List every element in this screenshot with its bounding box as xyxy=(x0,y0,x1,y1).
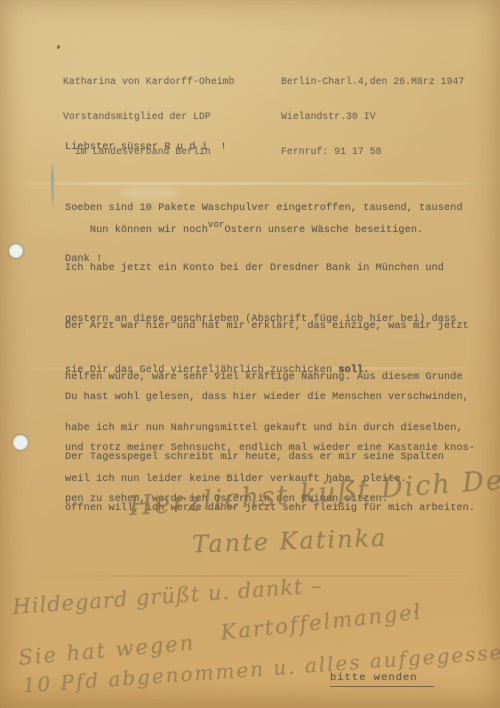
paragraph-line: Der Arzt war hier und hat mir erklärt, d… xyxy=(65,318,469,335)
paper-crease xyxy=(0,575,500,577)
paragraph-line: Du hast wohl gelesen, dass hier wieder d… xyxy=(65,389,475,406)
paper-speck xyxy=(56,45,61,50)
salutation: Liebster süsser R u d i ! xyxy=(65,139,227,156)
handwritten-note-line-1: Hildegard grüßt u. dankt – xyxy=(12,573,324,619)
blue-margin-mark xyxy=(51,161,54,208)
dateline-block: Berlin-Charl.4,den 26.März 1947 Wielands… xyxy=(281,52,464,182)
paragraph-line: Ich habe jetzt ein Konto bei der Dresdne… xyxy=(65,260,456,277)
handwritten-note-line-2b: Kartoffelmangel xyxy=(219,599,423,644)
paragraph-line: Der Tagesspegel schreibt mir heute, dass… xyxy=(65,449,475,466)
letter-date: Berlin-Charl.4,den 26.März 1947 xyxy=(281,76,464,88)
sender-name: Katharina von Kardorff-Oheimb xyxy=(63,76,235,88)
letter-street: Wielandstr.30 IV xyxy=(281,111,464,123)
sender-role: Vorstandsmitglied der LDP xyxy=(63,111,235,123)
hole-punch-top xyxy=(9,244,23,258)
handwritten-signature-line-2: Tante Katinka xyxy=(192,524,388,559)
letter-page: Katharina von Kardorff-Oheimb Vorstandsm… xyxy=(0,0,500,708)
sender-block: Katharina von Kardorff-Oheimb Vorstandsm… xyxy=(63,52,235,182)
letter-phone: Fernruf: 91 17 58 xyxy=(281,146,464,158)
hole-punch-bottom xyxy=(13,435,28,450)
bitte-wenden-note: bitte wenden xyxy=(330,672,434,687)
